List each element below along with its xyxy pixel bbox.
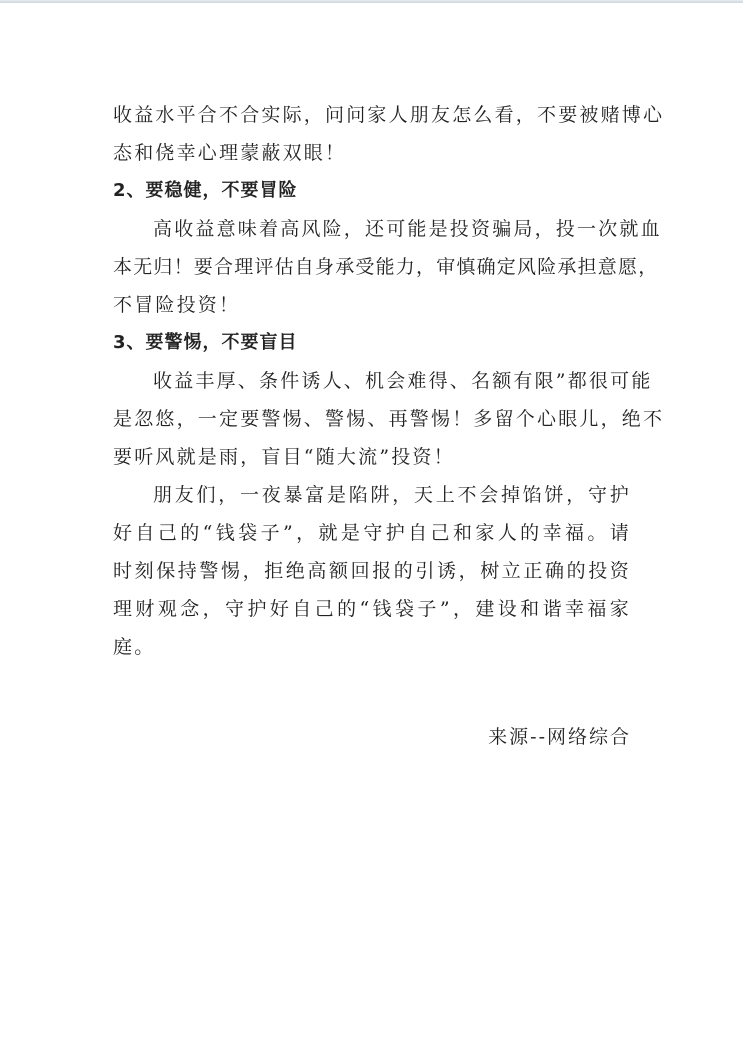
paragraph-line: 是忽悠，一定要警惕、警惕、再警惕！多留个心眼儿，绝不: [113, 400, 631, 438]
paragraph-line: 好自己的“钱袋子”，就是守护自己和家人的幸福。请: [113, 514, 631, 552]
paragraph-line: 理财观念，守护好自己的“钱袋子”，建设和谐幸福家: [113, 590, 631, 628]
document-page: 收益水平合不合实际，问问家人朋友怎么看，不要被赌博心 态和侥幸心理蒙蔽双眼！ 2…: [113, 96, 631, 666]
paragraph-line: 时刻保持警惕，拒绝高额回报的引诱，树立正确的投资: [113, 552, 631, 590]
paragraph-line: 收益丰厚、条件诱人、机会难得、名额有限”都很可能: [113, 362, 631, 400]
paragraph-line: 高收益意味着高风险，还可能是投资骗局，投一次就血: [113, 210, 631, 248]
paragraph-line: 不冒险投资！: [113, 286, 631, 324]
paragraph-line: 本无归！要合理评估自身承受能力，审慎确定风险承担意愿，: [113, 248, 631, 286]
page-top-border: [0, 0, 743, 3]
paragraph-line: 态和侥幸心理蒙蔽双眼！: [113, 134, 631, 172]
source-attribution: 来源--网络综合: [113, 718, 631, 756]
paragraph-line: 朋友们，一夜暴富是陷阱，天上不会掉馅饼，守护: [113, 476, 631, 514]
paragraph-line: 收益水平合不合实际，问问家人朋友怎么看，不要被赌博心: [113, 96, 631, 134]
section-heading: 2、要稳健，不要冒险: [113, 172, 631, 210]
paragraph-line: 要听风就是雨，盲目“随大流”投资！: [113, 438, 631, 476]
section-heading: 3、要警惕，不要盲目: [113, 324, 631, 362]
paragraph-line: 庭。: [113, 628, 631, 666]
